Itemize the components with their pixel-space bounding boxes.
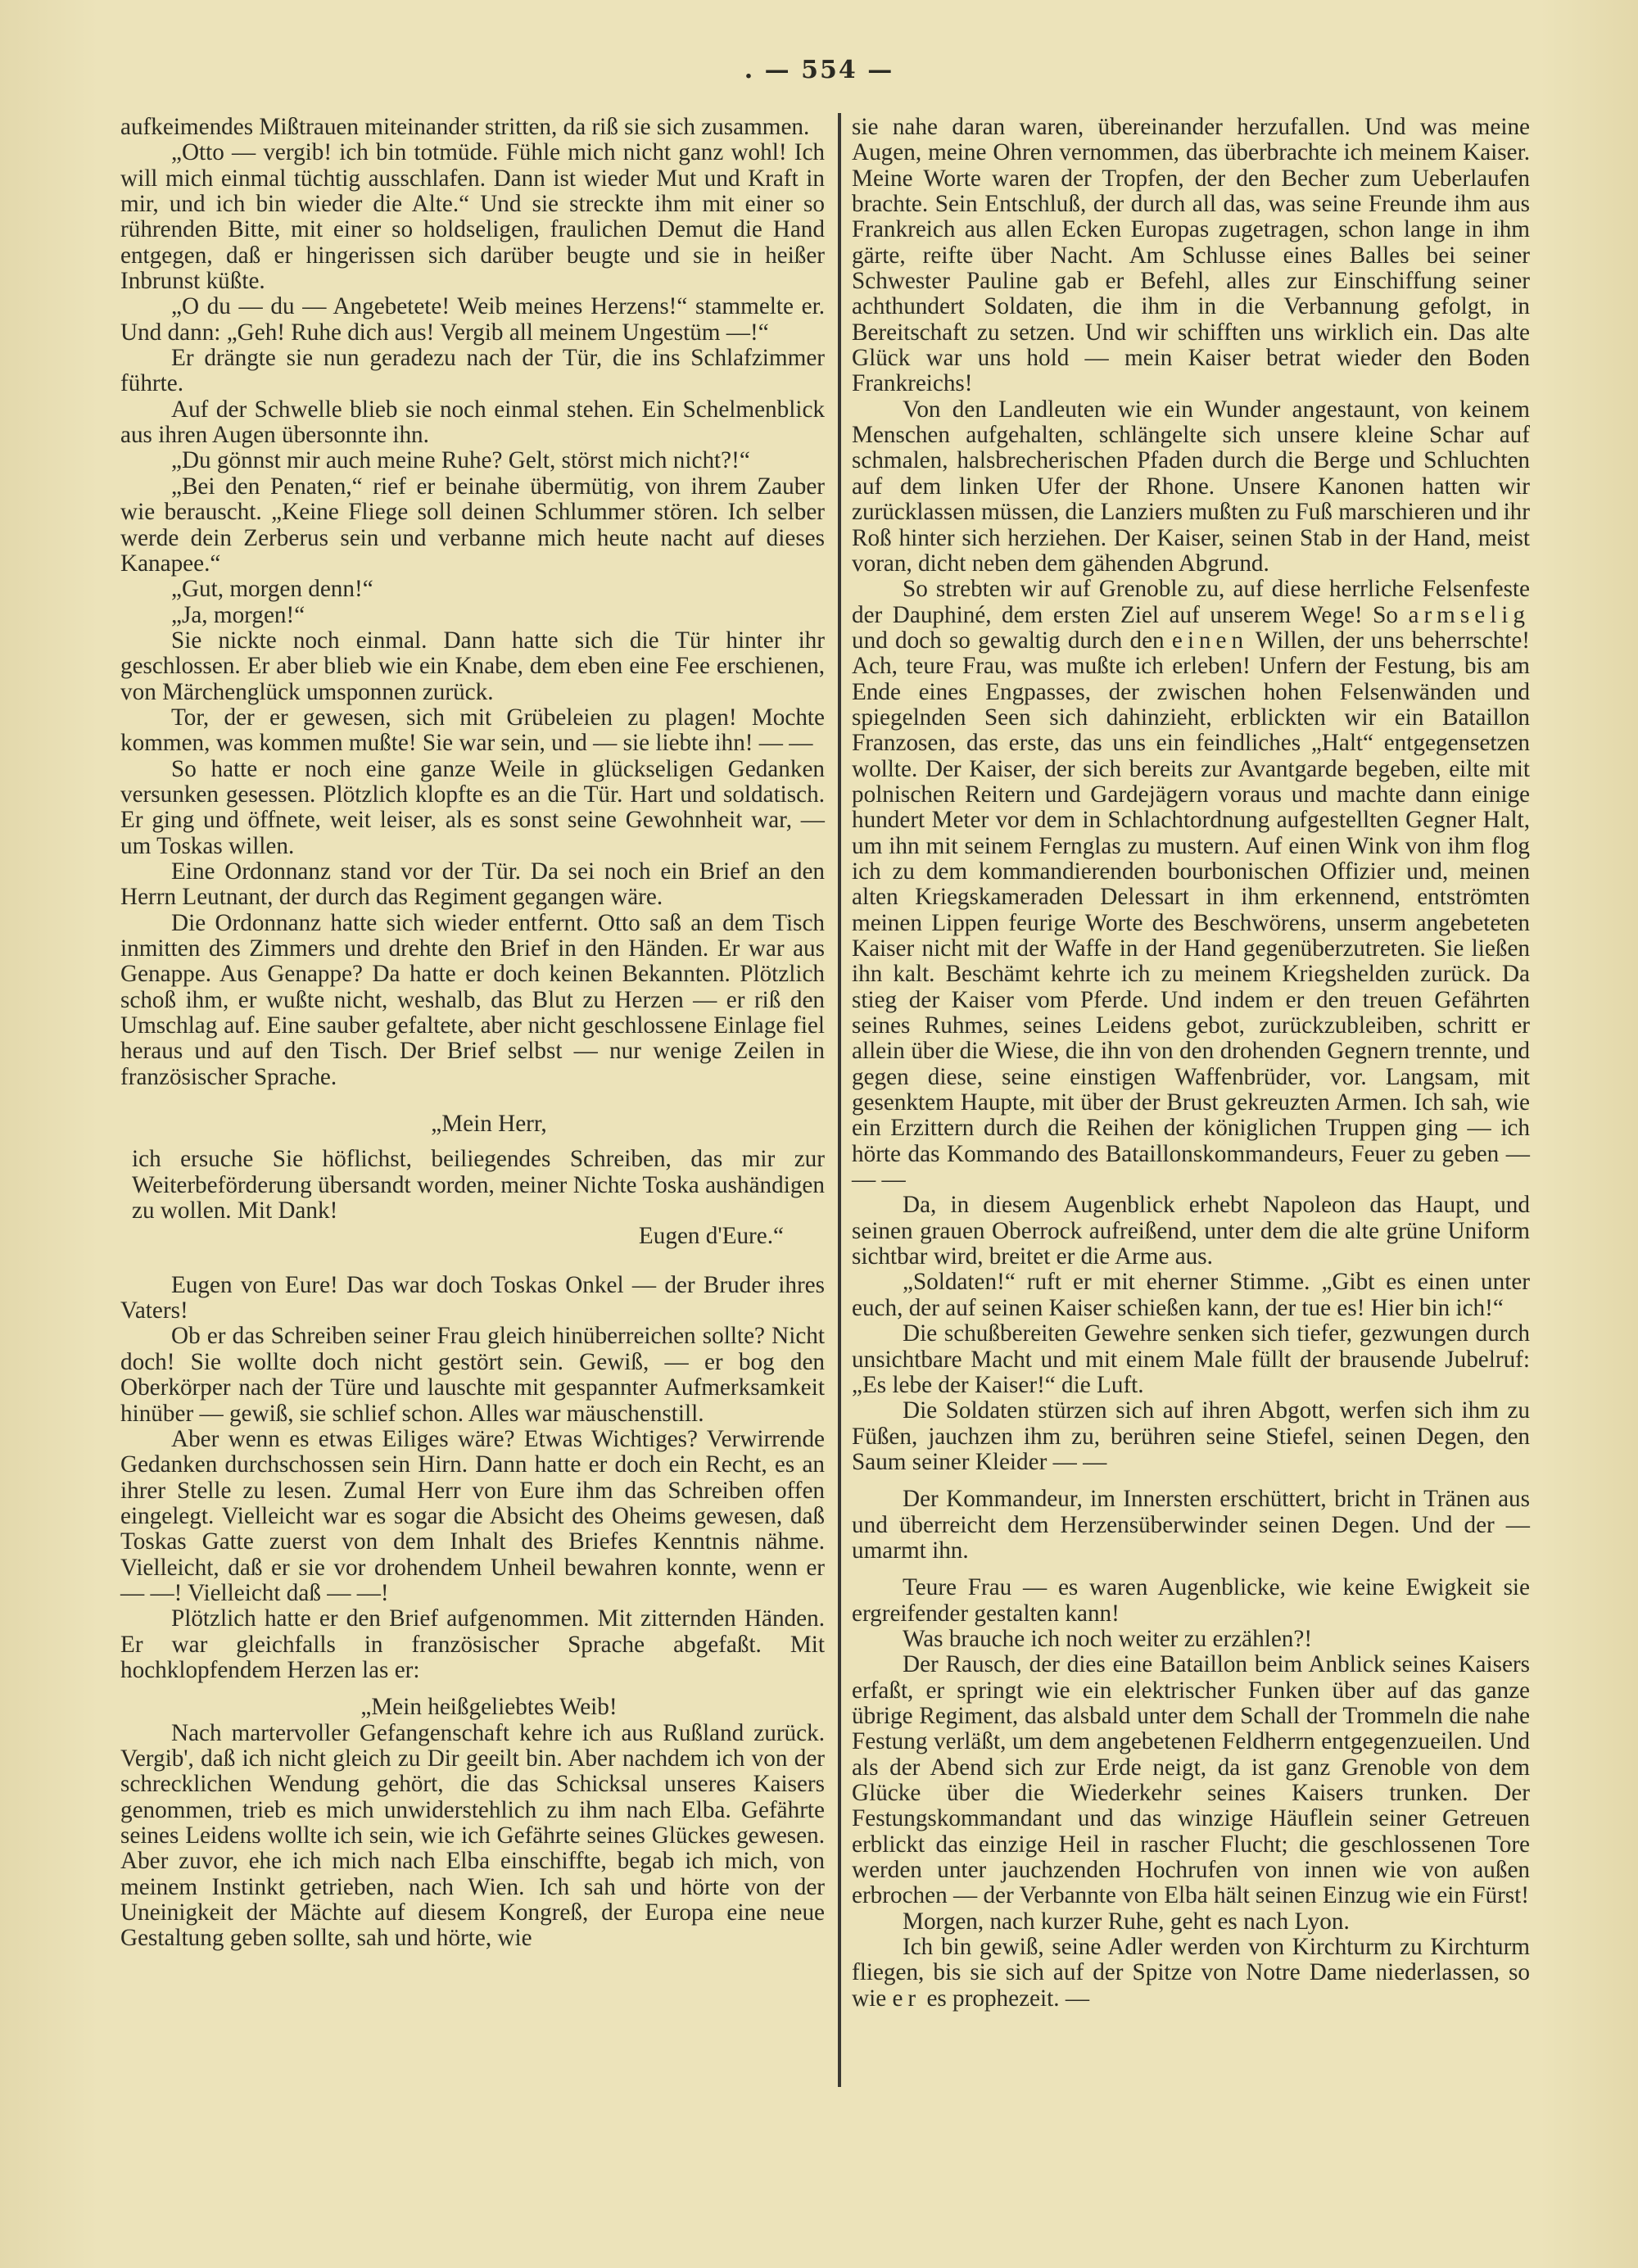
left-column: aufkeimendes Mißtrauen miteinander strit… <box>120 115 825 1952</box>
paragraph: Plötzlich hatte er den Brief aufgenommen… <box>120 1606 825 1683</box>
right-column: sie nahe daran waren, übereinander herzu… <box>852 115 1530 2012</box>
column-divider-rule <box>838 113 841 2087</box>
letter-salutation: „Mein heißgeliebtes Weib! <box>120 1695 825 1720</box>
paragraph: Tor, der er gewesen, sich mit Grübeleien… <box>120 705 825 757</box>
paragraph: Morgen, nach kurzer Ruhe, geht es nach L… <box>852 1909 1530 1935</box>
letter-salutation: „Mein Herr, <box>120 1111 825 1137</box>
paragraph: „Soldaten!“ ruft er mit eherner Stimme. … <box>852 1270 1530 1321</box>
emphasized-text: einen <box>1172 627 1248 654</box>
paragraph: Ob er das Schreiben seiner Frau gleich h… <box>120 1324 825 1426</box>
paragraph: Der Rausch, der dies eine Bataillon beim… <box>852 1652 1530 1908</box>
paragraph: Die Ordonnanz hatte sich wieder entfernt… <box>120 911 825 1090</box>
paragraph: Der Kommandeur, im Innersten erschüttert… <box>852 1487 1530 1564</box>
letter-body: ich ersuche Sie höflichst, beiliegendes … <box>120 1147 825 1224</box>
emphasized-text: armselig <box>1408 602 1530 628</box>
paragraph: Ich bin gewiß, seine Adler werden von Ki… <box>852 1935 1530 2012</box>
paragraph: „O du — du — Angebetete! Weib meines Her… <box>120 294 825 346</box>
letter-signature: Eugen d'Eure.“ <box>120 1224 825 1249</box>
paragraph: Eine Ordonnanz stand vor der Tür. Da sei… <box>120 859 825 911</box>
paragraph: So hatte er noch eine ganze Weile in glü… <box>120 757 825 859</box>
letter-body: Nach martervoller Gefangenschaft kehre i… <box>120 1721 825 1952</box>
paragraph: aufkeimendes Mißtrauen miteinander strit… <box>120 115 825 140</box>
paragraph: Auf der Schwelle blieb sie noch einmal s… <box>120 397 825 449</box>
paragraph: Er drängte sie nun geradezu nach der Tür… <box>120 346 825 397</box>
paragraph: „Du gönnst mir auch meine Ruhe? Gelt, st… <box>120 448 825 473</box>
paragraph: Sie nickte noch einmal. Dann hatte sich … <box>120 628 825 705</box>
paragraph: „Gut, morgen denn!“ <box>120 577 825 602</box>
paragraph: „Otto — vergib! ich bin totmüde. Fühle m… <box>120 140 825 294</box>
text-run: es prophezeit. — <box>921 1985 1089 2012</box>
paragraph: Was brauche ich noch weiter zu erzählen?… <box>852 1627 1530 1652</box>
page-number: . — 554 — <box>0 56 1638 84</box>
paragraph: Die schußbereiten Gewehre senken sich ti… <box>852 1321 1530 1398</box>
text-run: und doch so gewaltig durch den <box>852 627 1172 654</box>
paragraph: Aber wenn es etwas Eiliges wäre? Etwas W… <box>120 1427 825 1606</box>
paragraph: Eugen von Eure! Das war doch Toskas Onke… <box>120 1273 825 1324</box>
paragraph: Von den Landleuten wie ein Wunder angest… <box>852 397 1530 577</box>
paragraph: Teure Frau — es waren Augenblicke, wie k… <box>852 1575 1530 1627</box>
emphasized-text: er <box>892 1985 921 2012</box>
paragraph: „Ja, morgen!“ <box>120 603 825 628</box>
text-run: Willen, der uns beherrschte! Ach, teure … <box>852 627 1530 1193</box>
paragraph: So strebten wir auf Grenoble zu, auf die… <box>852 577 1530 1193</box>
paragraph: sie nahe daran waren, übereinander herzu… <box>852 115 1530 397</box>
paragraph: „Bei den Penaten,“ rief er beinahe überm… <box>120 474 825 577</box>
paragraph: Die Soldaten stürzen sich auf ihren Abgo… <box>852 1398 1530 1475</box>
paragraph: Da, in diesem Augenblick erhebt Napoleon… <box>852 1193 1530 1270</box>
